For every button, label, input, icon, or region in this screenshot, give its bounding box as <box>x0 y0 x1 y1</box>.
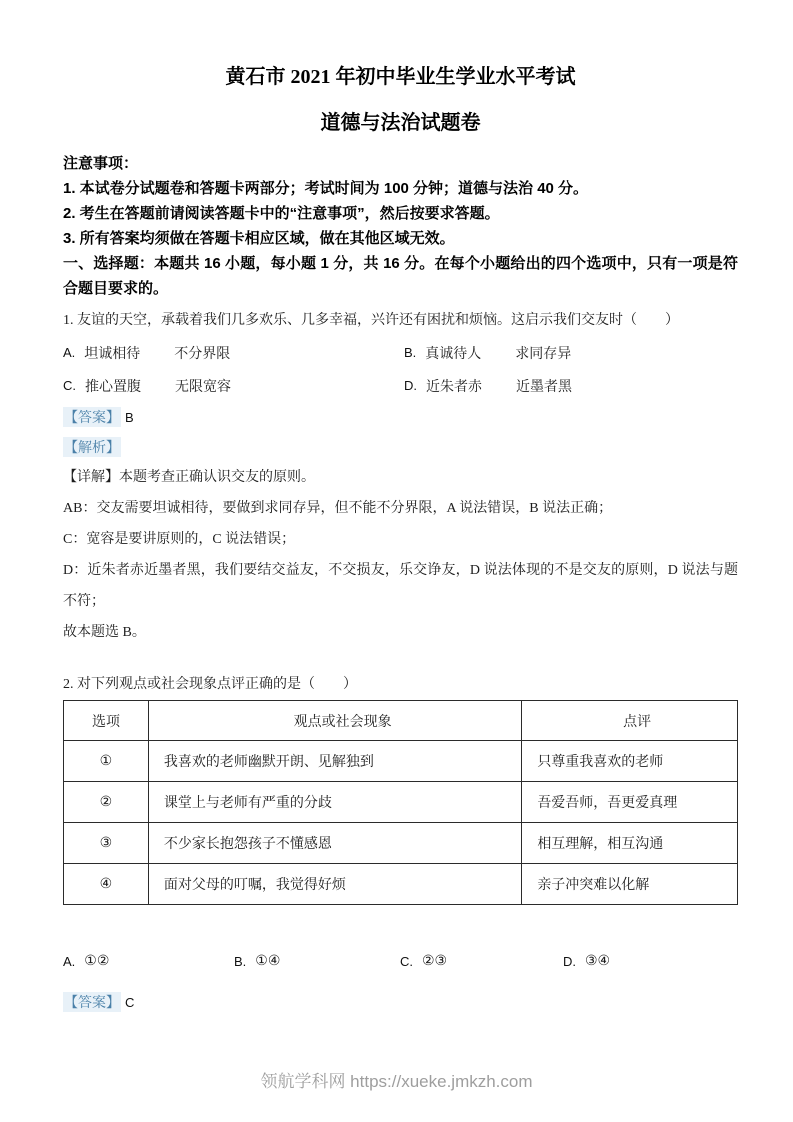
q2-answer-line: 【答案】 C <box>63 987 738 1017</box>
q1-option-d-label: D. <box>404 378 417 393</box>
q2-option-b: B. ①④ <box>234 949 400 973</box>
q1-answer-line: 【答案】 B <box>63 402 738 432</box>
q2-option-a: A. ①② <box>63 949 234 973</box>
q1-option-b: B. 真诚待人 求同存异 <box>404 336 738 369</box>
table-row: ① 我喜欢的老师幽默开朗、见解独到 只尊重我喜欢的老师 <box>64 741 738 782</box>
q2-row2-option: ② <box>64 782 149 823</box>
q1-option-b-text2: 求同存异 <box>515 343 571 363</box>
q2-table: 选项 观点或社会现象 点评 ① 我喜欢的老师幽默开朗、见解独到 只尊重我喜欢的老… <box>63 700 738 905</box>
q2-option-b-label: B. <box>234 954 246 969</box>
q2-row1-comment: 只尊重我喜欢的老师 <box>522 741 738 782</box>
q2-row2-viewpoint: 课堂上与老师有严重的分歧 <box>148 782 521 823</box>
q2-row3-option: ③ <box>64 823 149 864</box>
exam-subtitle: 道德与法治试题卷 <box>63 108 738 138</box>
question-1-options: A. 坦诚相待 不分界限 B. 真诚待人 求同存异 C. 推心置腹 无限宽容 D… <box>63 336 738 402</box>
footer-site-text: 领航学科网 https://xueke.jmkzh.com <box>260 1072 532 1091</box>
q2-option-b-text: ①④ <box>255 953 280 970</box>
q1-analysis-label: 【解析】 <box>63 437 121 457</box>
q2-option-d-label: D. <box>563 954 576 969</box>
q2-option-a-text: ①② <box>84 953 109 970</box>
q2-answer-label: 【答案】 <box>63 992 121 1012</box>
table-header-row: 选项 观点或社会现象 点评 <box>64 701 738 741</box>
q2-col-header-comment: 点评 <box>522 701 738 741</box>
question-1-stem: 1. 友谊的天空，承载着我们几多欢乐、几多幸福，兴许还有困扰和烦恼。这启示我们交… <box>63 306 738 336</box>
q2-answer-value: C <box>125 995 134 1010</box>
q2-row3-viewpoint: 不少家长抱怨孩子不懂感恩 <box>148 823 521 864</box>
table-row: ④ 面对父母的叮嘱，我觉得好烦 亲子冲突难以化解 <box>64 864 738 905</box>
q2-option-d-text: ③④ <box>585 953 610 970</box>
section-heading: 一、选择题：本题共 16 小题，每小题 1 分，共 16 分。在每个小题给出的四… <box>63 251 738 301</box>
q1-option-a: A. 坦诚相待 不分界限 <box>63 336 404 369</box>
q1-option-d: D. 近朱者赤 近墨者黑 <box>404 369 738 402</box>
q1-answer-label: 【答案】 <box>63 407 121 427</box>
q2-row4-viewpoint: 面对父母的叮嘱，我觉得好烦 <box>148 864 521 905</box>
question-2-stem: 2. 对下列观点或社会现象点评正确的是（ ） <box>63 670 738 700</box>
q1-option-c-label: C. <box>63 378 76 393</box>
q2-col-header-viewpoint: 观点或社会现象 <box>148 701 521 741</box>
q1-option-c-text2: 无限宽容 <box>175 376 231 396</box>
q1-option-d-text2: 近墨者黑 <box>516 376 572 396</box>
table-row: ② 课堂上与老师有严重的分歧 吾爱吾师，吾更爱真理 <box>64 782 738 823</box>
q1-option-c-text1: 推心置腹 <box>85 376 141 396</box>
q1-option-c: C. 推心置腹 无限宽容 <box>63 369 404 402</box>
q1-answer-value: B <box>125 410 134 425</box>
q2-option-a-label: A. <box>63 954 75 969</box>
q1-detail: 【详解】本题考查正确认识交友的原则。 <box>63 462 738 493</box>
notice-item-1: 1. 本试卷分试题卷和答题卡两部分；考试时间为 100 分钟；道德与法治 40 … <box>63 176 738 201</box>
exam-document-page: 黄石市 2021 年初中毕业生学业水平考试 道德与法治试题卷 注意事项： 1. … <box>0 0 793 1122</box>
table-row: ③ 不少家长抱怨孩子不懂感恩 相互理解，相互沟通 <box>64 823 738 864</box>
q2-option-c: C. ②③ <box>400 949 563 973</box>
q1-option-d-text1: 近朱者赤 <box>426 376 482 396</box>
q2-row4-option: ④ <box>64 864 149 905</box>
notice-item-2: 2. 考生在答题前请阅读答题卡中的“注意事项”，然后按要求答题。 <box>63 201 738 226</box>
footer-watermark: 领航学科网 https://xueke.jmkzh.com <box>0 1067 793 1092</box>
q2-row2-comment: 吾爱吾师，吾更爱真理 <box>522 782 738 823</box>
q1-explanation-ab: AB：交友需要坦诚相待，要做到求同存异，但不能不分界限，A 说法错误，B 说法正… <box>63 493 738 524</box>
exam-title: 黄石市 2021 年初中毕业生学业水平考试 <box>63 62 738 92</box>
q2-table-header: 选项 观点或社会现象 点评 <box>64 701 738 741</box>
notices-heading: 注意事项： <box>63 151 738 176</box>
q1-conclusion: 故本题选 B。 <box>63 617 738 648</box>
q2-option-c-text: ②③ <box>422 953 447 970</box>
q2-table-body: ① 我喜欢的老师幽默开朗、见解独到 只尊重我喜欢的老师 ② 课堂上与老师有严重的… <box>64 741 738 905</box>
q1-option-b-text1: 真诚待人 <box>425 343 481 363</box>
q2-option-c-label: C. <box>400 954 413 969</box>
q1-option-b-label: B. <box>404 345 416 360</box>
question-2-options: A. ①② B. ①④ C. ②③ D. ③④ <box>63 949 738 973</box>
q2-row1-viewpoint: 我喜欢的老师幽默开朗、见解独到 <box>148 741 521 782</box>
q1-option-a-label: A. <box>63 345 75 360</box>
notice-item-3: 3. 所有答案均须做在答题卡相应区域，做在其他区域无效。 <box>63 226 738 251</box>
q1-analysis-line: 【解析】 <box>63 432 738 462</box>
q2-row1-option: ① <box>64 741 149 782</box>
q1-explanation-c: C：宽容是要讲原则的，C 说法错误； <box>63 524 738 555</box>
q1-option-a-text2: 不分界限 <box>174 343 230 363</box>
q2-row4-comment: 亲子冲突难以化解 <box>522 864 738 905</box>
q2-col-header-option: 选项 <box>64 701 149 741</box>
q1-option-a-text1: 坦诚相待 <box>84 343 140 363</box>
q1-explanation-d: D：近朱者赤近墨者黑，我们要结交益友，不交损友，乐交诤友，D 说法体现的不是交友… <box>63 555 738 617</box>
q2-option-d: D. ③④ <box>563 949 738 973</box>
document-body: 黄石市 2021 年初中毕业生学业水平考试 道德与法治试题卷 注意事项： 1. … <box>0 0 793 1017</box>
q2-row3-comment: 相互理解，相互沟通 <box>522 823 738 864</box>
